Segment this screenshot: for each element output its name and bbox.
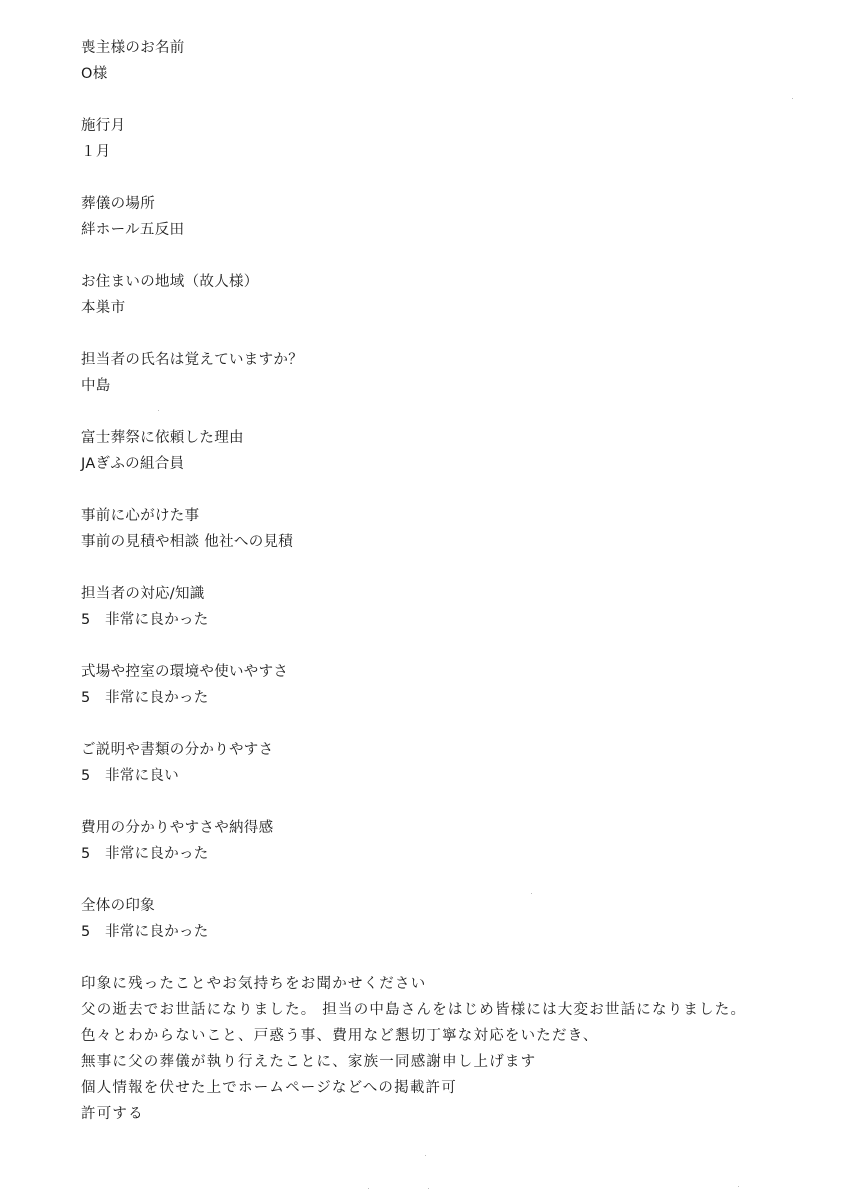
rating-answer: 5非常に良い xyxy=(81,763,801,789)
rating-text: 非常に良かった xyxy=(105,846,209,862)
rating-score: 5 xyxy=(81,685,105,711)
qa-venue-environment: 式場や控室の環境や使いやすさ 5非常に良かった xyxy=(81,659,801,711)
scan-speck xyxy=(158,410,159,411)
scan-speck xyxy=(425,1155,426,1156)
comment-line: 無事に父の葬儀が執り行えたことに、家族一同感謝申し上げます xyxy=(81,1049,801,1075)
question-label: 富士葬祭に依頼した理由 xyxy=(81,425,801,451)
survey-document: 喪主様のお名前 O様 施行月 １月 葬儀の場所 絆ホール五反田 お住まいの地域（… xyxy=(81,35,801,1127)
scan-speck xyxy=(738,1186,739,1187)
question-label: 費用の分かりやすさや納得感 xyxy=(81,815,801,841)
rating-score: 5 xyxy=(81,607,105,633)
answer-value: １月 xyxy=(81,139,801,165)
rating-score: 5 xyxy=(81,919,105,945)
question-label: 担当者の対応/知識 xyxy=(81,581,801,607)
question-label: 施行月 xyxy=(81,113,801,139)
answer-value: 本巣市 xyxy=(81,295,801,321)
qa-explanation-clarity: ご説明や書類の分かりやすさ 5非常に良い xyxy=(81,737,801,789)
answer-value: JAぎふの組合員 xyxy=(81,451,801,477)
qa-staff-response: 担当者の対応/知識 5非常に良かった xyxy=(81,581,801,633)
scan-speck xyxy=(792,98,793,99)
comment-line: 父の逝去でお世話になりました。 担当の中島さんをはじめ皆様には大変お世話になりま… xyxy=(81,997,801,1023)
question-label: お住まいの地域（故人様） xyxy=(81,269,801,295)
rating-answer: 5非常に良かった xyxy=(81,685,801,711)
qa-reason-for-request: 富士葬祭に依頼した理由 JAぎふの組合員 xyxy=(81,425,801,477)
rating-score: 5 xyxy=(81,763,105,789)
answer-value: 中島 xyxy=(81,373,801,399)
qa-residence-area: お住まいの地域（故人様） 本巣市 xyxy=(81,269,801,321)
rating-score: 5 xyxy=(81,841,105,867)
rating-answer: 5非常に良かった xyxy=(81,607,801,633)
scan-speck xyxy=(531,893,532,894)
question-label: 個人情報を伏せた上でホームページなどへの掲載許可 xyxy=(81,1075,801,1101)
question-label: 担当者の氏名は覚えていますか？ xyxy=(81,347,801,373)
answer-value: 事前の見積や相談 他社への見積 xyxy=(81,529,801,555)
question-label: 全体の印象 xyxy=(81,893,801,919)
question-label: 印象に残ったことやお気持ちをお聞かせください xyxy=(81,971,801,997)
rating-answer: 5非常に良かった xyxy=(81,919,801,945)
qa-staff-name: 担当者の氏名は覚えていますか？ 中島 xyxy=(81,347,801,399)
scan-speck xyxy=(428,1188,429,1189)
rating-text: 非常に良かった xyxy=(105,924,209,940)
comment-line: 色々とわからないこと、戸惑う事、費用など懇切丁寧な対応をいただき、 xyxy=(81,1023,801,1049)
qa-cost-clarity: 費用の分かりやすさや納得感 5非常に良かった xyxy=(81,815,801,867)
rating-answer: 5非常に良かった xyxy=(81,841,801,867)
qa-funeral-location: 葬儀の場所 絆ホール五反田 xyxy=(81,191,801,243)
qa-comments: 印象に残ったことやお気持ちをお聞かせください 父の逝去でお世話になりました。 担… xyxy=(81,971,801,1127)
qa-overall-impression: 全体の印象 5非常に良かった xyxy=(81,893,801,945)
qa-service-month: 施行月 １月 xyxy=(81,113,801,165)
rating-text: 非常に良かった xyxy=(105,612,209,628)
scan-speck xyxy=(368,1188,369,1189)
answer-value: O様 xyxy=(81,61,801,87)
question-label: 事前に心がけた事 xyxy=(81,503,801,529)
question-label: 葬儀の場所 xyxy=(81,191,801,217)
question-label: 喪主様のお名前 xyxy=(81,35,801,61)
qa-chief-mourner-name: 喪主様のお名前 O様 xyxy=(81,35,801,87)
answer-value: 絆ホール五反田 xyxy=(81,217,801,243)
rating-text: 非常に良かった xyxy=(105,690,209,706)
question-label: 式場や控室の環境や使いやすさ xyxy=(81,659,801,685)
rating-text: 非常に良い xyxy=(105,768,179,784)
answer-value: 許可する xyxy=(81,1101,801,1127)
question-label: ご説明や書類の分かりやすさ xyxy=(81,737,801,763)
qa-advance-preparation: 事前に心がけた事 事前の見積や相談 他社への見積 xyxy=(81,503,801,555)
